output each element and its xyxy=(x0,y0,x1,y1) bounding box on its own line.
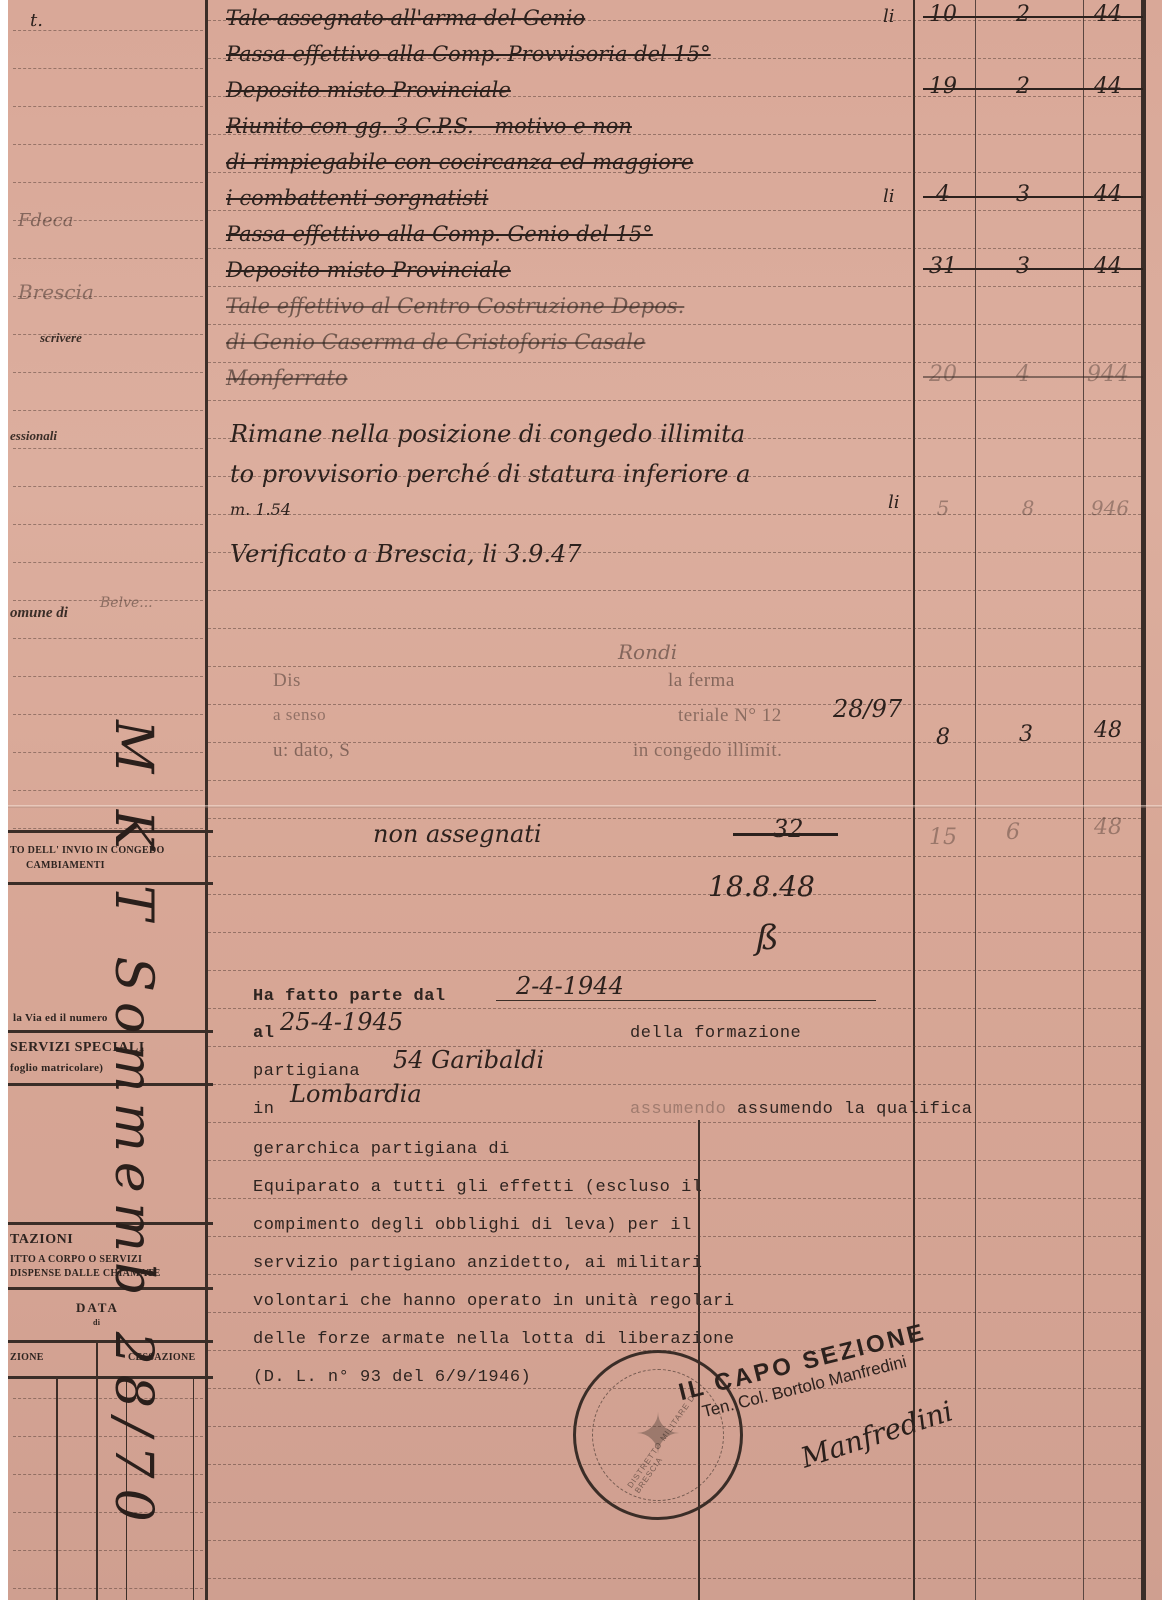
data-col-line xyxy=(193,1376,194,1600)
partisan-line-8: servizio partigiano anzidetto, ai milita… xyxy=(253,1254,702,1273)
entry-text: Passa effettivo alla Comp. Genio del 15° xyxy=(226,222,653,246)
entry-strike xyxy=(923,196,1143,198)
ruled-line xyxy=(208,856,1141,857)
entry-number: 4 xyxy=(993,362,1053,387)
initials: Rondi xyxy=(618,640,677,664)
entry-text: Tale effettivo al Centro Costruzione Dep… xyxy=(226,294,684,318)
right-border xyxy=(1141,0,1146,1600)
ruled-line xyxy=(208,932,1141,933)
partisan-line-3: partigiana xyxy=(253,1062,360,1081)
remark-year: 946 xyxy=(1080,496,1140,520)
strike-line xyxy=(733,833,838,836)
ruled-line xyxy=(208,1198,1141,1199)
vertical-annotation: M K T Sommemb 28/70 xyxy=(103,720,163,1532)
partisan-line-4-right: assumendo assumendo la qualifica xyxy=(630,1100,972,1119)
ref-number: 28/97 xyxy=(833,695,902,723)
data-col-line xyxy=(56,1376,58,1600)
entry-number: 44 xyxy=(1078,254,1138,279)
margin-handwriting: Brescia xyxy=(18,280,94,304)
signature: Manfredini xyxy=(797,1394,957,1474)
ruled-line xyxy=(208,210,1141,211)
section-header-annotazioni: TAZIONI xyxy=(10,1232,73,1248)
remark-line-1: Rimane nella posizione di congedo illimi… xyxy=(230,420,745,448)
partisan-region: Lombardia xyxy=(290,1080,422,1108)
partisan-formation: 54 Garibaldi xyxy=(393,1046,544,1074)
entry-number: 19 xyxy=(913,74,973,99)
entry-number: 20 xyxy=(913,362,973,387)
margin-mark: t. xyxy=(30,10,43,31)
entry-strike xyxy=(923,16,1143,18)
ruled-line xyxy=(208,1312,1141,1313)
ruled-line xyxy=(208,666,1141,667)
ruled-line xyxy=(208,1046,1141,1047)
entry-text: di Genio Caserma de Cristoforis Casale xyxy=(226,330,645,354)
ruled-line xyxy=(208,324,1141,325)
entry-number: 44 xyxy=(1078,74,1138,99)
partisan-line-1: Ha fatto parte dal xyxy=(253,987,446,1006)
partisan-line-7: compimento degli obblighi di leva) per i… xyxy=(253,1216,692,1235)
partisan-start-date: 2-4-1944 xyxy=(516,972,624,1000)
ruled-line xyxy=(208,1578,1141,1579)
partisan-line-10: delle forze armate nella lotta di libera… xyxy=(253,1330,735,1349)
remark-line-2: to provvisorio perché di statura inferio… xyxy=(230,460,750,488)
entry-number: 10 xyxy=(913,2,973,27)
not-assigned-note: non assegnati xyxy=(373,820,542,848)
document-page: t. Fdeca Brescia scrivere essionali omun… xyxy=(8,0,1162,1600)
typed-faded-3-left: u: dato, S xyxy=(273,740,350,762)
ruled-line xyxy=(208,248,1141,249)
remark-month: 8 xyxy=(998,496,1058,520)
verification: Verificato a Brescia, li 3.9.47 xyxy=(230,540,582,568)
partisan-line-11: (D. L. n° 93 del 6/9/1946) xyxy=(253,1368,531,1387)
margin-handwriting: Fdeca xyxy=(18,210,73,231)
entry-text: di rimpiegabile con cocircanza ed maggio… xyxy=(226,150,693,174)
entry-number: 2 xyxy=(993,74,1053,99)
comune-value: Belve... xyxy=(100,595,153,611)
entry-strike xyxy=(923,88,1143,90)
section-sub-foglio: foglio matricolare) xyxy=(10,1062,103,1074)
entry-strike xyxy=(923,376,1143,378)
entry-text: Riunito con gg. 3 C.P.S. - motivo e non xyxy=(226,114,632,138)
partisan-line-5: gerarchica partigiana di xyxy=(253,1140,510,1159)
partisan-line-4: in xyxy=(253,1100,274,1119)
column-divider-3 xyxy=(1083,0,1084,1600)
entry-number: 31 xyxy=(913,254,973,279)
entry2-year: 48 xyxy=(1078,815,1138,840)
date-18-8-48: 18.8.48 xyxy=(708,870,815,903)
ruled-line xyxy=(208,818,1141,819)
ruled-line xyxy=(208,590,1141,591)
label-scrivere: scrivere xyxy=(40,330,82,346)
entry-suffix: li xyxy=(883,6,895,27)
ruled-line xyxy=(208,780,1141,781)
entry-number: 3 xyxy=(993,182,1053,207)
partisan-end-date: 25-4-1945 xyxy=(280,1008,403,1036)
ruled-line xyxy=(208,1274,1141,1275)
entry-text: i combattenti sorgnatisti xyxy=(226,186,488,210)
entry-number: 2 xyxy=(993,2,1053,27)
entry-number: 4 xyxy=(913,182,973,207)
entry-month: 3 xyxy=(996,722,1056,747)
ruled-line xyxy=(208,1122,1141,1123)
entry2-month: 6 xyxy=(983,820,1043,845)
remark-suffix: li xyxy=(888,492,900,513)
typed-faded-2-right: teriale N° 12 xyxy=(678,705,782,727)
ruled-line xyxy=(208,286,1141,287)
ruled-line xyxy=(208,400,1141,401)
label-professionali: essionali xyxy=(10,428,57,444)
entry-number: 3 xyxy=(993,254,1053,279)
section-header-cambiamenti: CAMBIAMENTI xyxy=(26,860,105,871)
entry2-day: 15 xyxy=(913,825,973,850)
ruled-line xyxy=(208,704,1141,705)
entry-text: Passa effettivo alla Comp. Provvisoria d… xyxy=(226,42,711,66)
entry-text: Tale assegnato all'arma del Genio xyxy=(226,6,585,30)
label-comune-di: omune di xyxy=(10,605,68,622)
entry-text: Deposito misto Provinciale xyxy=(226,258,511,282)
remark-day: 5 xyxy=(913,496,973,520)
data-sub: di xyxy=(93,1318,100,1327)
entry-number: 944 xyxy=(1078,362,1138,387)
column-divider-2 xyxy=(975,0,976,1600)
data-col-line xyxy=(96,1340,98,1600)
initial-mark: ß xyxy=(756,918,779,958)
entry-text: Monferrato xyxy=(226,366,348,390)
typed-faded-1-left: Dis xyxy=(273,670,301,692)
entry-text: Deposito misto Provinciale xyxy=(226,78,511,102)
ruled-line xyxy=(208,628,1141,629)
typed-faded-1-right: la ferma xyxy=(668,670,735,692)
partisan-line-2-right: della formazione xyxy=(630,1024,801,1043)
entry-year: 48 xyxy=(1078,718,1138,743)
entry-strike xyxy=(923,268,1143,270)
col-decorrenza: ZIONE xyxy=(10,1352,44,1363)
entry-number: 44 xyxy=(1078,2,1138,27)
entry-number: 44 xyxy=(1078,182,1138,207)
hand-32: 32 xyxy=(773,815,804,843)
label-via: la Via ed il numero xyxy=(13,1012,108,1024)
entry-suffix: li xyxy=(883,186,895,207)
ruled-line xyxy=(208,970,1141,971)
entry-day: 8 xyxy=(913,725,973,750)
ruled-line xyxy=(208,1540,1141,1541)
typed-faded-2-left: a senso xyxy=(273,705,326,725)
partisan-line-6: Equiparato a tutti gli effetti (escluso … xyxy=(253,1178,702,1197)
remark-line-3: m. 1.54 xyxy=(230,500,291,519)
fill-line xyxy=(496,1000,876,1001)
ruled-line xyxy=(208,1160,1141,1161)
partisan-line-2: al xyxy=(253,1024,274,1043)
typed-faded-3-right: in congedo illimit. xyxy=(633,740,782,762)
ruled-line xyxy=(208,894,1141,895)
ruled-line xyxy=(208,1236,1141,1237)
partisan-line-9: volontari che hanno operato in unità reg… xyxy=(253,1292,735,1311)
